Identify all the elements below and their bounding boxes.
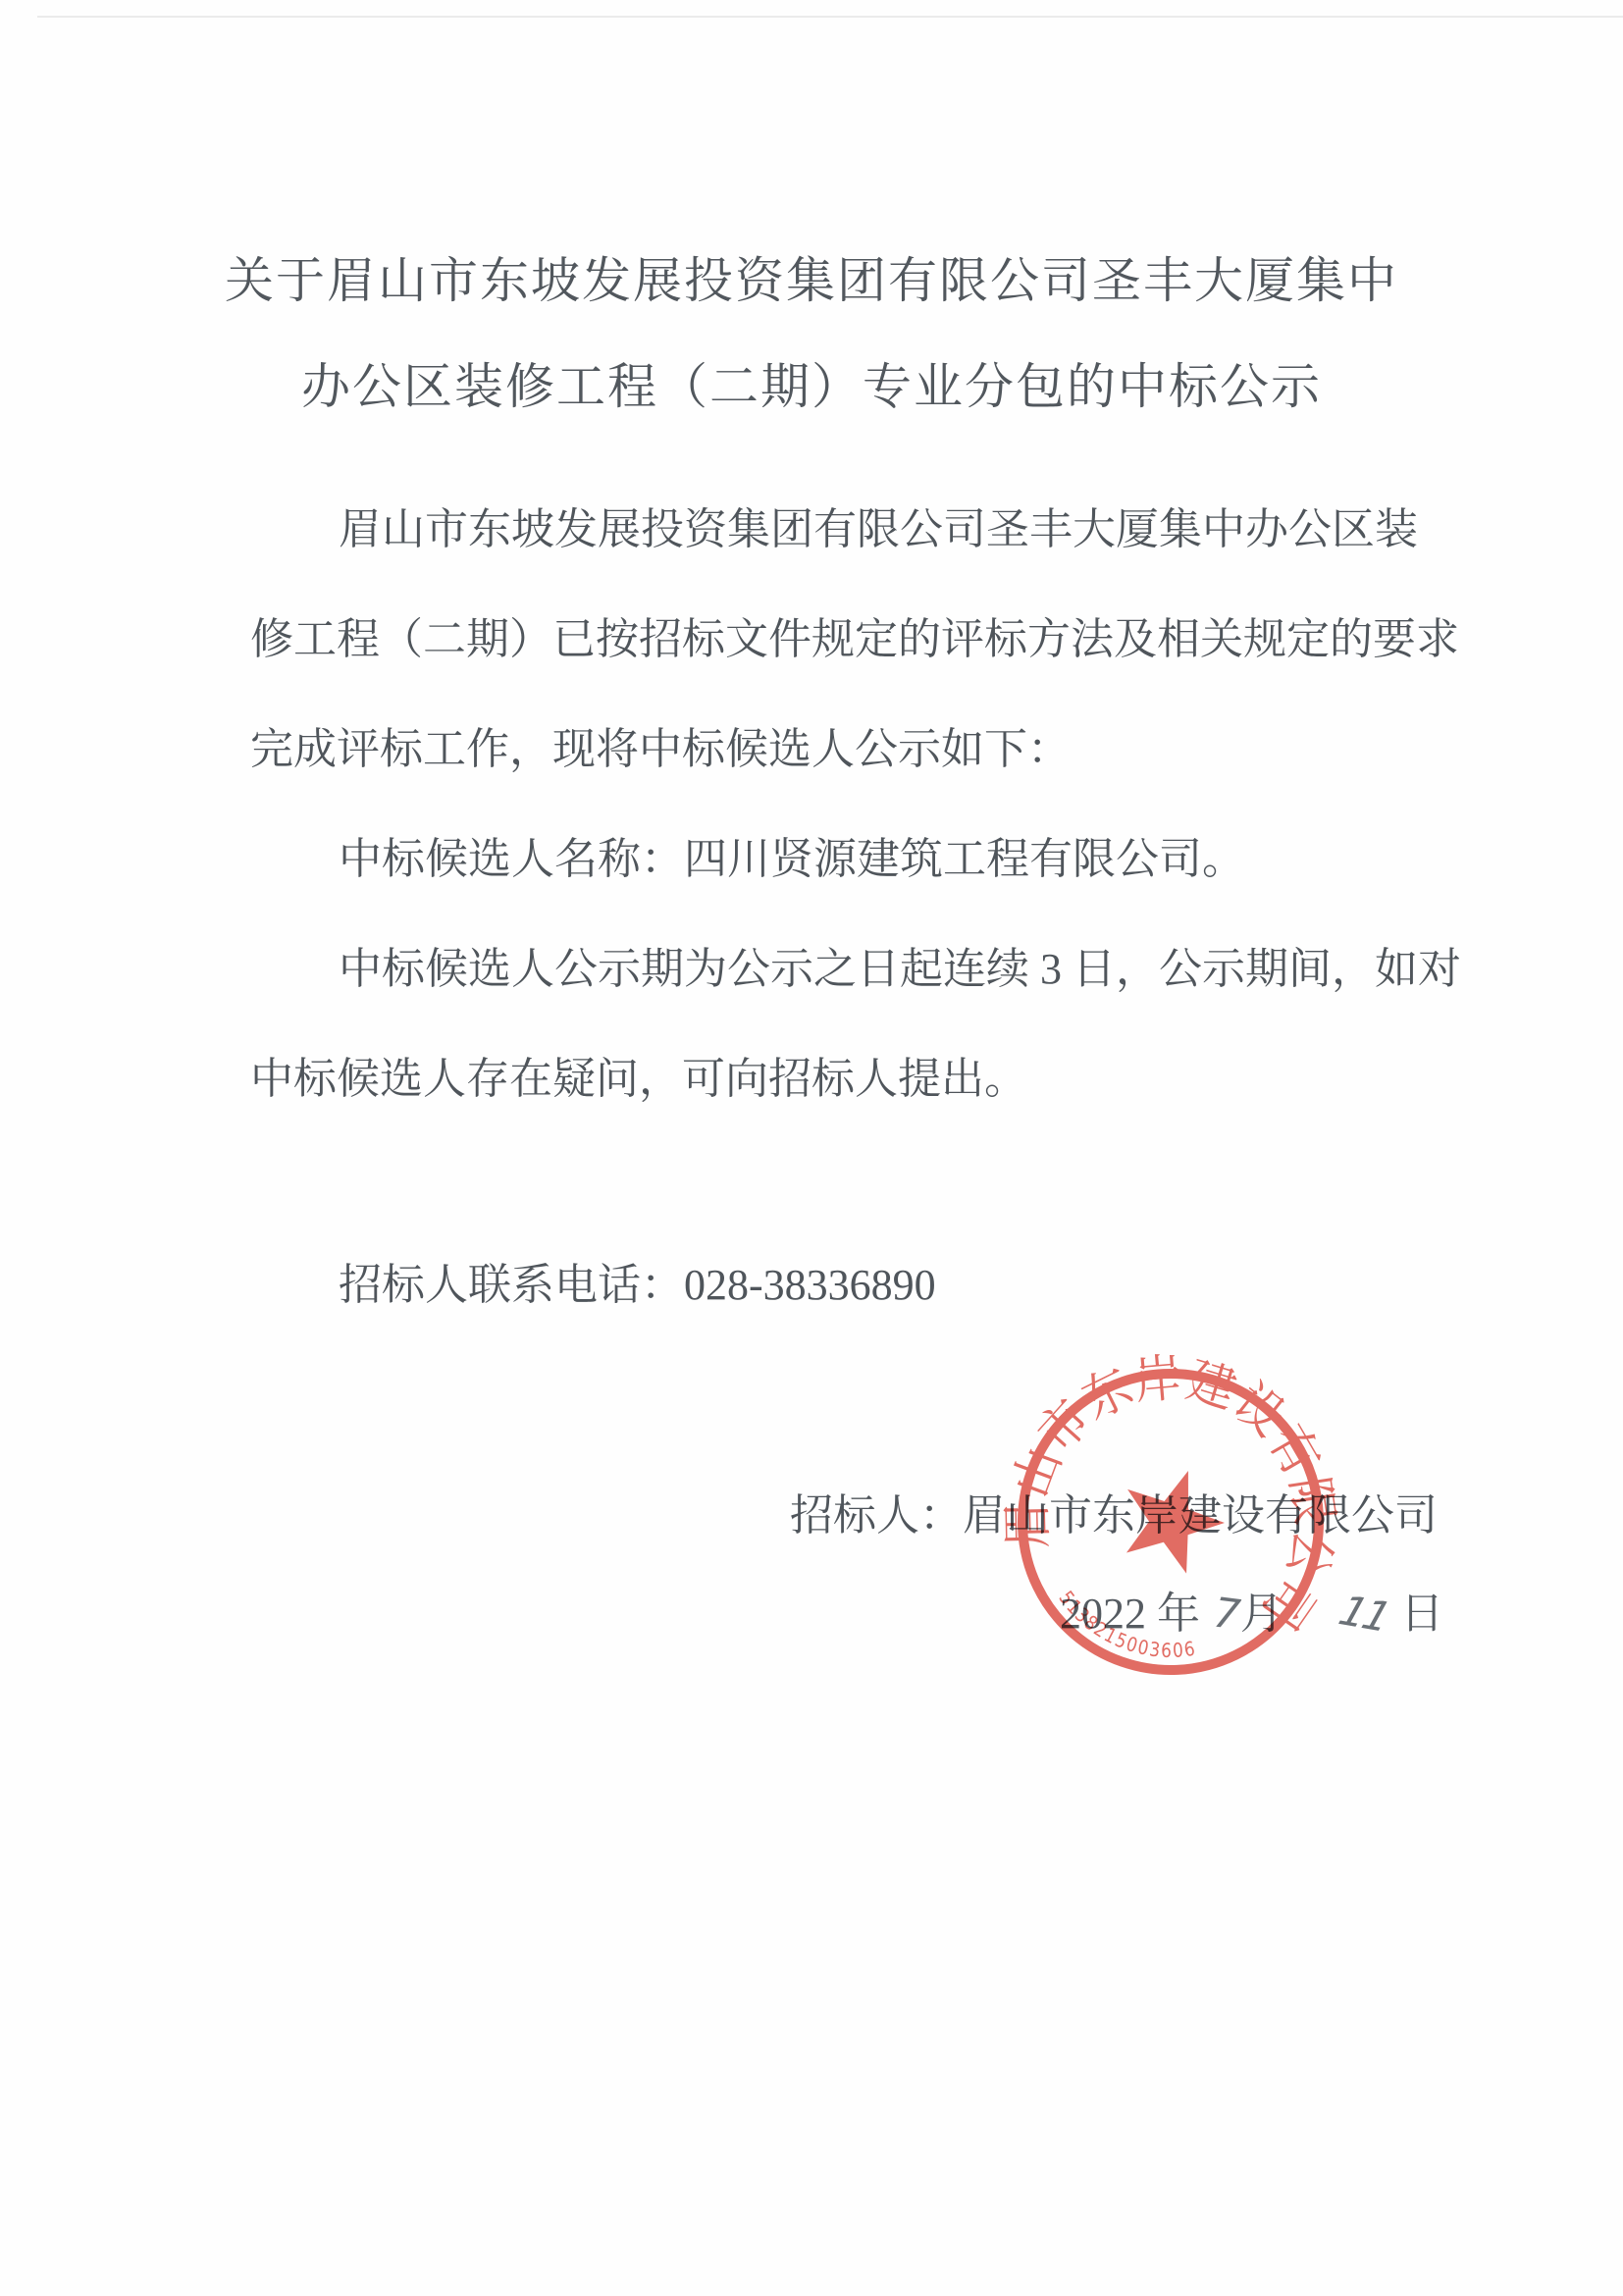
paragraph1-line1: 眉山市东坡发展投资集团有限公司圣丰大厦集中办公区装 xyxy=(339,500,1496,559)
paragraph2-winner-name: 中标候选人名称：四川贤源建筑工程有限公司。 xyxy=(339,830,1496,889)
date-year: 2022 年 xyxy=(1060,1590,1200,1638)
contact-phone-line: 招标人联系电话：028-38336890 xyxy=(339,1256,1496,1315)
date-month-handwritten: 7 xyxy=(1210,1584,1243,1645)
tenderer-signature-line: 招标人：眉山市东岸建设有限公司 xyxy=(790,1487,1477,1545)
date-line: 2022 年7月11日 xyxy=(1060,1585,1443,1644)
document-page: 关于眉山市东坡发展投资集团有限公司圣丰大厦集中 办公区装修工程（二期）专业分包的… xyxy=(0,0,1623,2296)
date-day-unit: 日 xyxy=(1400,1590,1443,1638)
paragraph1-line2: 修工程（二期）已按招标文件规定的评标方法及相关规定的要求 xyxy=(250,610,1408,669)
document-title: 关于眉山市东坡发展投资集团有限公司圣丰大厦集中 办公区装修工程（二期）专业分包的… xyxy=(0,228,1623,440)
title-line-1: 关于眉山市东坡发展投资集团有限公司圣丰大厦集中 xyxy=(0,228,1623,334)
paragraph1-line3: 完成评标工作，现将中标候选人公示如下： xyxy=(250,720,1408,779)
date-month-unit: 月 xyxy=(1240,1590,1283,1638)
paragraph3-line1: 中标候选人公示期为公示之日起连续 3 日，公示期间，如对 xyxy=(339,940,1496,999)
title-line-2: 办公区装修工程（二期）专业分包的中标公示 xyxy=(0,334,1623,440)
paragraph3-line2: 中标候选人存在疑问，可向招标人提出。 xyxy=(250,1050,1408,1109)
date-day-handwritten: 11 xyxy=(1332,1582,1395,1646)
scan-artifact-line xyxy=(37,16,1623,18)
